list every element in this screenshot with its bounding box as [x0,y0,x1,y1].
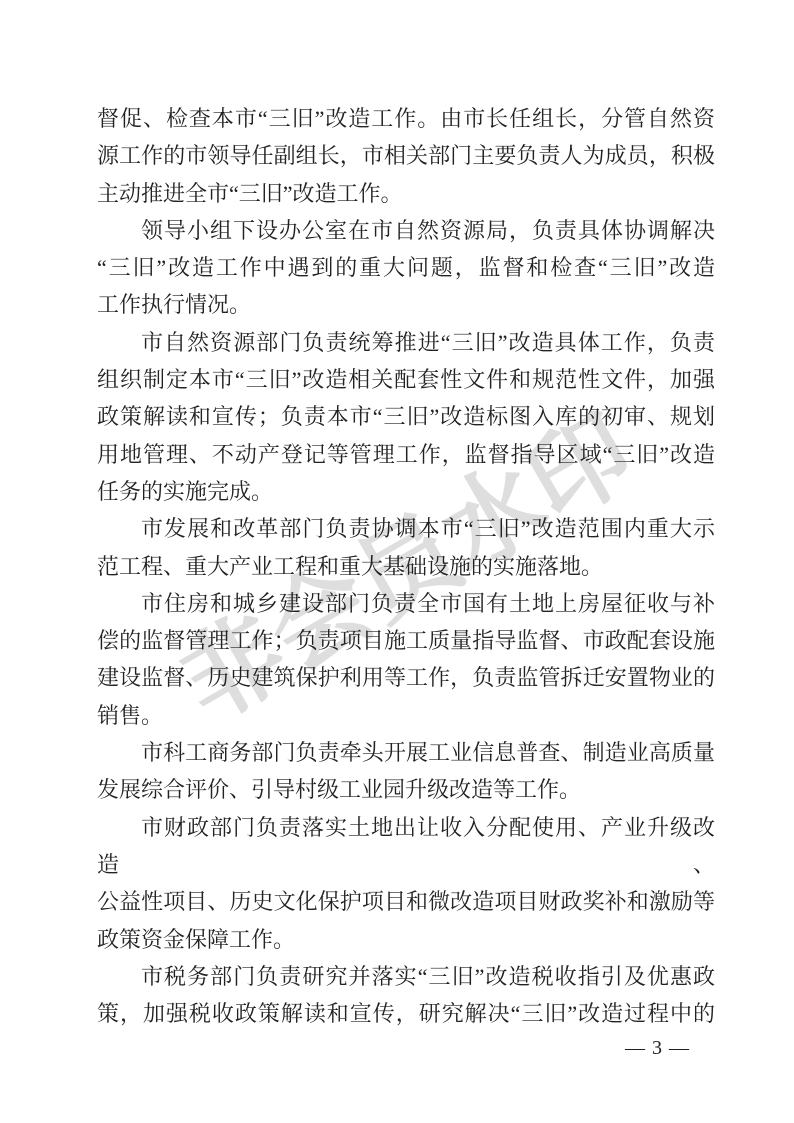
paragraph: 市财政部门负责落实土地出让收入分配使用、产业升级改造、公益性项目、历史文化保护项… [97,809,715,958]
text-line: 市自然资源部门负责统筹推进“三旧”改造具体工作，负责 [97,324,715,361]
paragraph: 领导小组下设办公室在市自然资源局，负责具体协调解决“三旧”改造工作中遇到的重大问… [97,212,715,324]
paragraph: 市住房和城乡建设部门负责全市国有土地上房屋征收与补偿的监督管理工作；负责项目施工… [97,585,715,734]
document-page: 非会员水印 督促、检查本市“三旧”改造工作。由市长任组长，分管自然资源工作的市领… [0,0,794,1123]
text-line: 政策资金保障工作。 [97,921,715,958]
text-line: 工作执行情况。 [97,286,715,323]
page-number: — 3 — [625,1037,690,1060]
text-line: 源工作的市领导任副组长，市相关部门主要负责人为成员，积极 [97,137,715,174]
text-line: 建设监督、历史建筑保护利用等工作，负责监管拆迁安置物业的 [97,659,715,696]
text-line: 督促、检查本市“三旧”改造工作。由市长任组长，分管自然资 [97,100,715,137]
text-line: 偿的监督管理工作；负责项目施工质量指导监督、市政配套设施 [97,622,715,659]
paragraph: 市自然资源部门负责统筹推进“三旧”改造具体工作，负责组织制定本市“三旧”改造相关… [97,324,715,510]
text-line: 公益性项目、历史文化保护项目和微改造项目财政奖补和激励等 [97,883,715,920]
paragraph: 市税务部门负责研究并落实“三旧”改造税收指引及优惠政策，加强税收政策解读和宣传，… [97,958,715,1033]
paragraph: 市科工商务部门负责牵头开展工业信息普查、制造业高质量发展综合评价、引导村级工业园… [97,734,715,809]
paragraph: 督促、检查本市“三旧”改造工作。由市长任组长，分管自然资源工作的市领导任副组长，… [97,100,715,212]
text-line: 组织制定本市“三旧”改造相关配套性文件和规范性文件，加强 [97,361,715,398]
paragraph: 市发展和改革部门负责协调本市“三旧”改造范围内重大示范工程、重大产业工程和重大基… [97,510,715,585]
text-line: 市财政部门负责落实土地出让收入分配使用、产业升级改造、 [97,809,715,884]
text-line: 市税务部门负责研究并落实“三旧”改造税收指引及优惠政 [97,958,715,995]
text-line: 政策解读和宣传；负责本市“三旧”改造标图入库的初审、规划 [97,398,715,435]
text-line: “三旧”改造工作中遇到的重大问题，监督和检查“三旧”改造 [97,249,715,286]
text-line: 用地管理、不动产登记等管理工作，监督指导区域“三旧”改造 [97,436,715,473]
text-line: 市科工商务部门负责牵头开展工业信息普查、制造业高质量 [97,734,715,771]
text-line: 主动推进全市“三旧”改造工作。 [97,175,715,212]
document-body: 督促、检查本市“三旧”改造工作。由市长任组长，分管自然资源工作的市领导任副组长，… [97,100,715,1032]
text-line: 市住房和城乡建设部门负责全市国有土地上房屋征收与补 [97,585,715,622]
text-line: 任务的实施完成。 [97,473,715,510]
text-line: 市发展和改革部门负责协调本市“三旧”改造范围内重大示 [97,510,715,547]
text-line: 范工程、重大产业工程和重大基础设施的实施落地。 [97,548,715,585]
text-line: 销售。 [97,697,715,734]
text-line: 策，加强税收政策解读和宣传，研究解决“三旧”改造过程中的 [97,995,715,1032]
text-line: 发展综合评价、引导村级工业园升级改造等工作。 [97,771,715,808]
text-line: 领导小组下设办公室在市自然资源局，负责具体协调解决 [97,212,715,249]
